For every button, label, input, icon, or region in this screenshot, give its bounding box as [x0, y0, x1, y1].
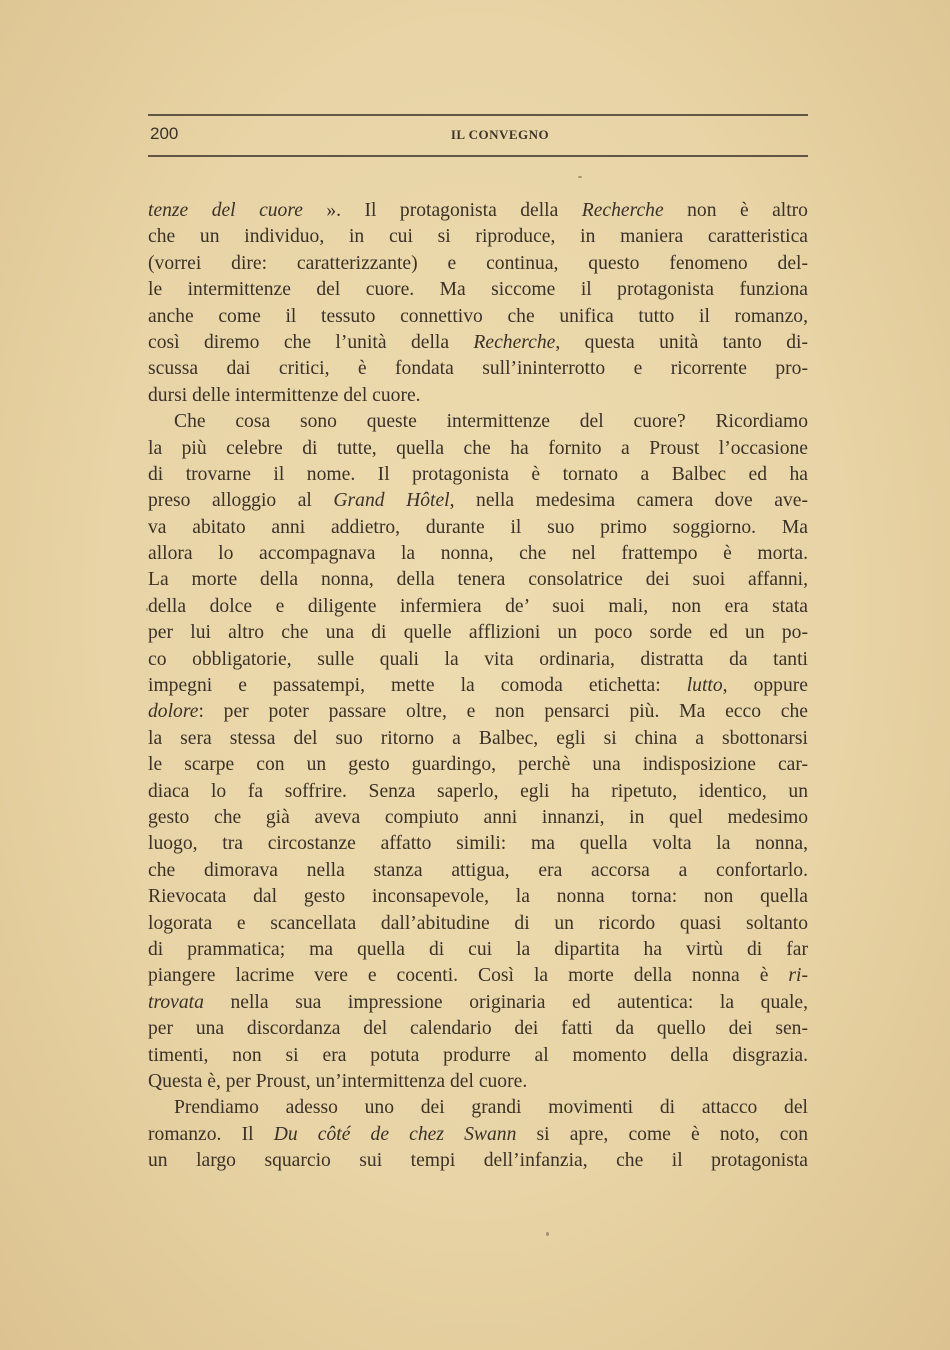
text-line: va abitato anni addietro, durante il suo…	[148, 515, 808, 541]
text-segment: , nella medesima camera dove ave-	[450, 490, 808, 511]
text-line: piangere lacrime vere e cocenti. Così la…	[148, 963, 808, 989]
italic-text: tenze del cuore	[148, 200, 303, 221]
text-line: che dimorava nella stanza attigua, era a…	[148, 858, 808, 884]
text-segment: che un individuo, in cui si riproduce, i…	[148, 226, 808, 247]
text-line: romanzo. Il Du côté de chez Swann si apr…	[148, 1122, 808, 1148]
text-line: le scarpe con un gesto guardingo, perchè…	[148, 752, 808, 778]
text-segment: luogo, tra circostanze affatto simili: m…	[148, 833, 808, 854]
text-line: timenti, non si era potuta produrre al m…	[148, 1043, 808, 1069]
italic-text: dolore	[148, 701, 198, 722]
text-line: così diremo che l’unità della Recherche,…	[148, 330, 808, 356]
text-segment: preso alloggio al	[148, 490, 333, 511]
text-segment: La morte della nonna, della tenera conso…	[148, 569, 808, 590]
book-page: 200 IL CONVEGNO tenze del cuore ». Il pr…	[0, 0, 950, 1350]
text-segment: scussa dai critici, è fondata sull’inint…	[148, 358, 808, 379]
text-segment: , questa unità tanto di-	[555, 332, 808, 353]
text-segment: per lui altro che una di quelle afflizio…	[148, 622, 808, 643]
text-line: la sera stessa del suo ritorno a Balbec,…	[148, 726, 808, 752]
text-segment: così diremo che l’unità della	[148, 332, 473, 353]
text-line: Prendiamo adesso uno dei grandi moviment…	[148, 1095, 808, 1121]
text-line: luogo, tra circostanze affatto simili: m…	[148, 831, 808, 857]
text-line: della dolce e diligente infermiera de’ s…	[148, 594, 808, 620]
text-segment: di prammatica; ma quella di cui la dipar…	[148, 939, 808, 960]
text-line: di trovarne il nome. Il protagonista è t…	[148, 462, 808, 488]
text-segment: Rievocata dal gesto inconsapevole, la no…	[148, 886, 808, 907]
text-line: La morte della nonna, della tenera conso…	[148, 567, 808, 593]
text-segment: romanzo. Il	[148, 1124, 274, 1145]
text-segment: Questa è, per Proust, un’intermittenza d…	[148, 1071, 527, 1092]
text-line: preso alloggio al Grand Hôtel, nella med…	[148, 488, 808, 514]
text-segment: per una discordanza del calendario dei f…	[148, 1018, 808, 1039]
header-top-rule	[148, 114, 808, 116]
text-segment: Prendiamo adesso uno dei grandi moviment…	[174, 1097, 808, 1118]
text-line: trovata nella sua impressione originaria…	[148, 990, 808, 1016]
text-segment: va abitato anni addietro, durante il suo…	[148, 517, 808, 538]
italic-text: Du côté de chez Swann	[274, 1124, 517, 1145]
text-segment: logorata e scancellata dall’abitudine di…	[148, 913, 808, 934]
text-line: impegni e passatempi, mette la comoda et…	[148, 673, 808, 699]
italic-text: Recherche	[582, 200, 664, 221]
text-line: dursi delle intermittenze del cuore.	[148, 383, 808, 409]
text-line: scussa dai critici, è fondata sull’inint…	[148, 356, 808, 382]
text-line: Questa è, per Proust, un’intermittenza d…	[148, 1069, 808, 1095]
italic-text: ri-	[788, 965, 808, 986]
text-segment: della dolce e diligente infermiera de’ s…	[148, 596, 808, 617]
text-segment: le intermittenze del cuore. Ma siccome i…	[148, 279, 808, 300]
text-line: co obbligatorie, sulle quali la vita ord…	[148, 647, 808, 673]
text-segment: anche come il tessuto connettivo che uni…	[148, 306, 808, 327]
journal-title: IL CONVEGNO	[148, 127, 808, 143]
text-segment: ». Il protagonista della	[303, 200, 582, 221]
text-line: Rievocata dal gesto inconsapevole, la no…	[148, 884, 808, 910]
text-segment: dursi delle intermittenze del cuore.	[148, 385, 421, 406]
text-segment: di trovarne il nome. Il protagonista è t…	[148, 464, 808, 485]
text-line: logorata e scancellata dall’abitudine di…	[148, 911, 808, 937]
text-segment: co obbligatorie, sulle quali la vita ord…	[148, 649, 808, 670]
italic-text: lutto	[687, 675, 723, 696]
text-line: allora lo accompagnava la nonna, che nel…	[148, 541, 808, 567]
text-line: che un individuo, in cui si riproduce, i…	[148, 224, 808, 250]
text-line: dolore: per poter passare oltre, e non p…	[148, 699, 808, 725]
text-line: gesto che già aveva compiuto anni innanz…	[148, 805, 808, 831]
text-segment: la sera stessa del suo ritorno a Balbec,…	[148, 728, 808, 749]
text-segment: Che cosa sono queste intermittenze del c…	[174, 411, 808, 432]
body-text: tenze del cuore ». Il protagonista della…	[148, 198, 808, 1174]
text-line: la più celebre di tutte, quella che ha f…	[148, 436, 808, 462]
text-segment: un largo squarcio sui tempi dell’infanzi…	[148, 1150, 808, 1171]
text-segment: allora lo accompagnava la nonna, che nel…	[148, 543, 808, 564]
text-segment: non è altro	[664, 200, 808, 221]
text-segment: : per poter passare oltre, e non pensarc…	[198, 701, 808, 722]
text-segment: (vorrei dire: caratterizzante) e continu…	[148, 253, 808, 274]
text-line: Che cosa sono queste intermittenze del c…	[148, 409, 808, 435]
text-line: per lui altro che una di quelle afflizio…	[148, 620, 808, 646]
text-segment: piangere lacrime vere e cocenti. Così la…	[148, 965, 788, 986]
text-segment: nella sua impressione originaria ed aute…	[204, 992, 808, 1013]
text-line: tenze del cuore ». Il protagonista della…	[148, 198, 808, 224]
paper-speck	[146, 608, 148, 611]
running-head: 200 IL CONVEGNO	[148, 122, 808, 148]
text-segment: si apre, come è noto, con	[516, 1124, 808, 1145]
text-line: anche come il tessuto connettivo che uni…	[148, 304, 808, 330]
text-segment: la più celebre di tutte, quella che ha f…	[148, 438, 808, 459]
text-line: per una discordanza del calendario dei f…	[148, 1016, 808, 1042]
text-segment: timenti, non si era potuta produrre al m…	[148, 1045, 808, 1066]
text-line: un largo squarcio sui tempi dell’infanzi…	[148, 1148, 808, 1174]
text-segment: gesto che già aveva compiuto anni innanz…	[148, 807, 808, 828]
text-line: diaca lo fa soffrire. Senza saperlo, egl…	[148, 779, 808, 805]
text-segment: le scarpe con un gesto guardingo, perchè…	[148, 754, 808, 775]
paper-speck	[546, 1232, 549, 1236]
paper-speck	[578, 176, 582, 178]
text-segment: , oppure	[723, 675, 808, 696]
italic-text: Grand Hôtel	[333, 490, 449, 511]
text-line: le intermittenze del cuore. Ma siccome i…	[148, 277, 808, 303]
text-segment: impegni e passatempi, mette la comoda et…	[148, 675, 687, 696]
text-segment: diaca lo fa soffrire. Senza saperlo, egl…	[148, 781, 808, 802]
text-segment: che dimorava nella stanza attigua, era a…	[148, 860, 808, 881]
header-bottom-rule	[148, 155, 808, 157]
text-line: (vorrei dire: caratterizzante) e continu…	[148, 251, 808, 277]
italic-text: trovata	[148, 992, 204, 1013]
italic-text: Recherche	[473, 332, 555, 353]
text-line: di prammatica; ma quella di cui la dipar…	[148, 937, 808, 963]
